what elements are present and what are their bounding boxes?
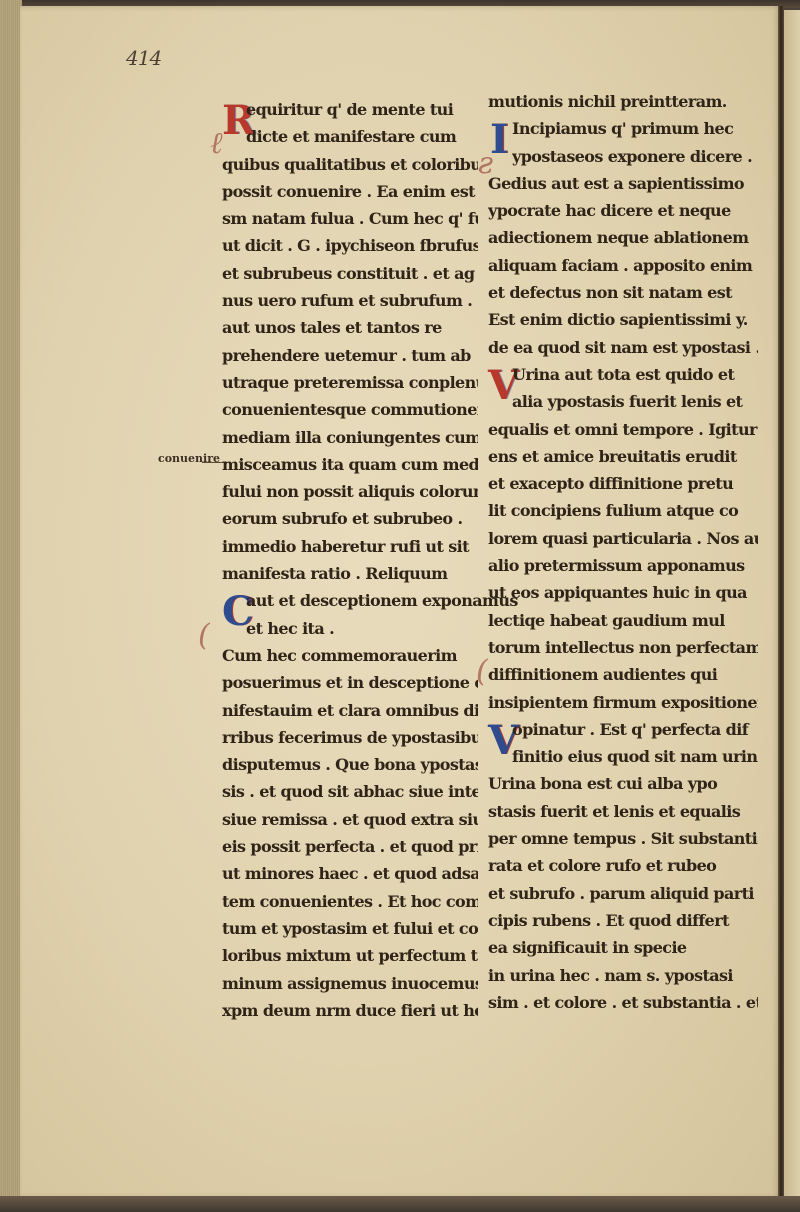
initial-flourish-icon: ℓ	[210, 126, 223, 161]
manuscript-line: eorum subrufo et subrubeo .	[222, 505, 478, 532]
line-text: fului non possit aliquis colorum	[222, 482, 478, 501]
line-text: ut dicit . G . ipychiseon fbrufus	[222, 236, 478, 255]
line-text: nifestauim et clara omnibus dicte	[222, 701, 478, 720]
line-text: nus uero rufum et subrufum . Nos	[222, 291, 478, 310]
line-text: ypocrate hac dicere et neque	[488, 201, 731, 220]
line-text: conuenientesque commutionem	[222, 400, 478, 419]
manuscript-line: lorem quasi particularia . Nos aut	[488, 525, 758, 552]
line-text: utraque preteremissa conplenus	[222, 373, 478, 392]
manuscript-line: equalis et omni tempore . Igitur sapi	[488, 416, 758, 443]
manuscript-line: possit conuenire . Ea enim est	[222, 178, 478, 205]
line-text: lorem quasi particularia . Nos aut	[488, 529, 758, 548]
line-text: Urina aut tota est quido et	[512, 365, 734, 384]
manuscript-line: siue remissa . et quod extra siue et	[222, 806, 478, 833]
line-text: stasis fuerit et lenis et equalis	[488, 802, 740, 821]
line-text: adiectionem neque ablationem	[488, 228, 748, 247]
manuscript-line: torum intellectus non perfectam	[488, 634, 758, 661]
manuscript-line: mediam illa coniungentes cum	[222, 424, 478, 451]
decorated-initial: V	[488, 363, 510, 409]
manuscript-line: misceamus ita quam cum medioc	[222, 451, 478, 478]
manuscript-line: Est enim dictio sapientissimi y.	[488, 306, 758, 333]
line-text: Cum hec commemorauerim	[222, 646, 457, 665]
line-text: equalis et omni tempore . Igitur sapi	[488, 420, 758, 439]
manuscript-line: VUrina aut tota est quido et	[488, 361, 758, 388]
line-text: per omne tempus . Sit substantia uero mo…	[488, 829, 758, 848]
line-text: Urina bona est cui alba ypo	[488, 774, 717, 793]
manuscript-line: xpm deum nrm duce fieri ut hec	[222, 997, 478, 1024]
decorated-initial: R	[222, 98, 244, 144]
line-text: lit concipiens fulium atque co	[488, 501, 738, 520]
line-text: torum intellectus non perfectam	[488, 638, 758, 657]
line-text: equiritur q' de mente tui	[246, 100, 453, 119]
line-text: posuerimus et in desceptione ea ma	[222, 673, 478, 692]
line-text: lectiqe habeat gaudium mul	[488, 611, 725, 630]
marginal-note: conuenire	[158, 452, 220, 465]
line-text: et exacepto diffinitione pretu	[488, 474, 733, 493]
line-text: rribus fecerimus de ypostasibus	[222, 728, 478, 747]
manuscript-line: ens et amice breuitatis erudit	[488, 443, 758, 470]
line-text: insipientem firmum expositionem	[488, 693, 758, 712]
line-text: ut minores haec . et quod adsamtam	[222, 864, 478, 883]
line-text: manifesta ratio . Reliquum	[222, 564, 447, 583]
page-edges	[0, 0, 22, 1200]
manuscript-line: lectiqe habeat gaudium mul	[488, 607, 758, 634]
manuscript-line: alia ypostasis fuerit lenis et	[512, 388, 758, 415]
line-text: et subrufo . parum aliquid parti	[488, 884, 754, 903]
folio-number: 414	[126, 46, 161, 70]
manuscript-line: Gedius aut est a sapientissimo	[488, 170, 758, 197]
manuscript-line: et exacepto diffinitione pretu	[488, 470, 758, 497]
binding-bottom	[0, 1196, 800, 1212]
manuscript-line: tem conuenientes . Et hoc compi	[222, 888, 478, 915]
line-text: quibus qualitatibus et coloribus	[222, 155, 478, 174]
manuscript-line: mutionis nichil preintteram.	[488, 88, 758, 115]
line-text: Est enim dictio sapientissimi y.	[488, 310, 748, 329]
manuscript-line: ea significauit in specie	[488, 934, 758, 961]
manuscript-line: posuerimus et in desceptione ea ma	[222, 669, 478, 696]
manuscript-line: disputemus . Que bona ypostasi	[222, 751, 478, 778]
manuscript-line: et subrubeus constituit . et ag	[222, 260, 478, 287]
manuscript-line: fului non possit aliquis colorum	[222, 478, 478, 505]
manuscript-line: immedio haberetur rufi ut sit	[222, 533, 478, 560]
line-text: Incipiamus q' primum hec	[512, 119, 733, 138]
manuscript-line: sm natam fulua . Cum hec q' fului	[222, 205, 478, 232]
manuscript-line: ut minores haec . et quod adsamtam	[222, 860, 478, 887]
manuscript-line: Caut et desceptionem exponamus	[222, 587, 478, 614]
initial-flourish-icon: (	[198, 618, 210, 653]
manuscript-line: rribus fecerimus de ypostasibus	[222, 724, 478, 751]
line-text: ea significauit in specie	[488, 938, 687, 957]
manuscript-line: et subrufo . parum aliquid parti	[488, 880, 758, 907]
line-text: et hec ita .	[246, 619, 334, 638]
line-text: eis possit perfecta . et quod priallore	[222, 837, 478, 856]
line-text: siue remissa . et quod extra siue et	[222, 810, 478, 829]
line-text: tem conuenientes . Et hoc compi	[222, 892, 478, 911]
manuscript-line: minum assignemus inuocemus	[222, 970, 478, 997]
manuscript-line: dicte et manifestare cum	[246, 123, 478, 150]
manuscript-line: manifesta ratio . Reliquum	[222, 560, 478, 587]
line-text: xpm deum nrm duce fieri ut hec	[222, 1001, 478, 1020]
manuscript-line: in urina hec . nam s. ypostasi	[488, 962, 758, 989]
line-text: Gedius aut est a sapientissimo	[488, 174, 744, 193]
manuscript-line: ypocrate hac dicere et neque	[488, 197, 758, 224]
line-text: minum assignemus inuocemus	[222, 974, 478, 993]
manuscript-line: ypostaseos exponere dicere .	[512, 143, 758, 170]
manuscript-line: Urina bona est cui alba ypo	[488, 770, 758, 797]
line-text: disputemus . Que bona ypostasi	[222, 755, 478, 774]
manuscript-line: et hec ita .	[246, 615, 478, 642]
line-text: ut eos appiquantes huic in qua	[488, 583, 747, 602]
manuscript-line: loribus mixtum ut perfectum ter	[222, 942, 478, 969]
line-text: diffinitionem audientes qui	[488, 665, 717, 684]
manuscript-line: prehendere uetemur . tum ab	[222, 342, 478, 369]
line-text: mutionis nichil preintteram.	[488, 92, 727, 111]
manuscript-line: tum et ypostasim et fului et co	[222, 915, 478, 942]
manuscript-line: quibus qualitatibus et coloribus	[222, 151, 478, 178]
manuscript-line: Requiritur q' de mente tui	[222, 96, 478, 123]
manuscript-line: nifestauim et clara omnibus dicte	[222, 697, 478, 724]
manuscript-line: lit concipiens fulium atque co	[488, 497, 758, 524]
line-text: sm natam fulua . Cum hec q' fului	[222, 209, 478, 228]
manuscript-line: IIncipiamus q' primum hec	[488, 115, 758, 142]
manuscript-line: et defectus non sit natam est	[488, 279, 758, 306]
text-column-left: Requiritur q' de mente tuidicte et manif…	[222, 96, 478, 1024]
line-text: eorum subrufo et subrubeo .	[222, 509, 462, 528]
manuscript-line: cipis rubens . Et quod differt	[488, 907, 758, 934]
line-text: sis . et quod sit abhac siue intensa	[222, 782, 478, 801]
decorated-initial: C	[222, 589, 244, 635]
manuscript-line: per omne tempus . Sit substantia uero mo…	[488, 825, 758, 852]
line-text: dicte et manifestare cum	[246, 127, 456, 146]
manuscript-line: aliquam faciam . apposito enim	[488, 252, 758, 279]
manuscript-line: de ea quod sit nam est ypostasi .	[488, 334, 758, 361]
facing-leaf-edge	[784, 10, 800, 1196]
manuscript-line: Vopinatur . Est q' perfecta dif	[488, 716, 758, 743]
line-text: aliquam faciam . apposito enim	[488, 256, 752, 275]
manuscript-line: rata et colore rufo et rubeo	[488, 852, 758, 879]
line-text: finitio eius quod sit nam urine talis .	[512, 747, 758, 766]
manuscript-line: sis . et quod sit abhac siue intensa	[222, 778, 478, 805]
text-column-right: mutionis nichil preintteram.IIncipiamus …	[488, 88, 758, 1016]
line-text: tum et ypostasim et fului et co	[222, 919, 478, 938]
manuscript-line: eis possit perfecta . et quod priallore	[222, 833, 478, 860]
line-text: ens et amice breuitatis erudit	[488, 447, 737, 466]
line-text: alio pretermissum apponamus	[488, 556, 745, 575]
manuscript-line: conuenientesque commutionem	[222, 396, 478, 423]
manuscript-line: Cum hec commemorauerim	[222, 642, 478, 669]
line-text: et subrubeus constituit . et ag	[222, 264, 474, 283]
line-text: de ea quod sit nam est ypostasi .	[488, 338, 758, 357]
line-text: opinatur . Est q' perfecta dif	[512, 720, 748, 739]
manuscript-line: alio pretermissum apponamus	[488, 552, 758, 579]
line-text: prehendere uetemur . tum ab	[222, 346, 471, 365]
line-text: rata et colore rufo et rubeo	[488, 856, 716, 875]
decorated-initial: I	[488, 117, 510, 163]
manuscript-line: diffinitionem audientes qui	[488, 661, 758, 688]
manuscript-line: finitio eius quod sit nam urine talis .	[512, 743, 758, 770]
manuscript-line: nus uero rufum et subrufum . Nos	[222, 287, 478, 314]
manuscript-line: aut unos tales et tantos re	[222, 314, 478, 341]
decorated-initial: V	[488, 718, 510, 764]
manuscript-line: insipientem firmum expositionem	[488, 689, 758, 716]
line-text: aut et desceptionem exponamus	[246, 591, 518, 610]
manuscript-line: stasis fuerit et lenis et equalis	[488, 798, 758, 825]
line-text: aut unos tales et tantos re	[222, 318, 442, 337]
line-text: loribus mixtum ut perfectum ter	[222, 946, 478, 965]
line-text: possit conuenire . Ea enim est	[222, 182, 475, 201]
manuscript-line: adiectionem neque ablationem	[488, 224, 758, 251]
line-text: misceamus ita quam cum medioc	[222, 455, 478, 474]
manuscript-line: sim . et colore . et substantia . et tem…	[488, 989, 758, 1016]
line-text: ypostaseos exponere dicere .	[512, 147, 752, 166]
manuscript-line: ut eos appiquantes huic in qua	[488, 579, 758, 606]
line-text: sim . et colore . et substantia . et tem…	[488, 993, 758, 1012]
line-text: et defectus non sit natam est	[488, 283, 732, 302]
manuscript-line: ut dicit . G . ipychiseon fbrufus	[222, 232, 478, 259]
line-text: immedio haberetur rufi ut sit	[222, 537, 469, 556]
line-text: alia ypostasis fuerit lenis et	[512, 392, 742, 411]
line-text: in urina hec . nam s. ypostasi	[488, 966, 733, 985]
manuscript-line: utraque preteremissa conplenus	[222, 369, 478, 396]
line-text: cipis rubens . Et quod differt	[488, 911, 729, 930]
line-text: mediam illa coniungentes cum	[222, 428, 478, 447]
